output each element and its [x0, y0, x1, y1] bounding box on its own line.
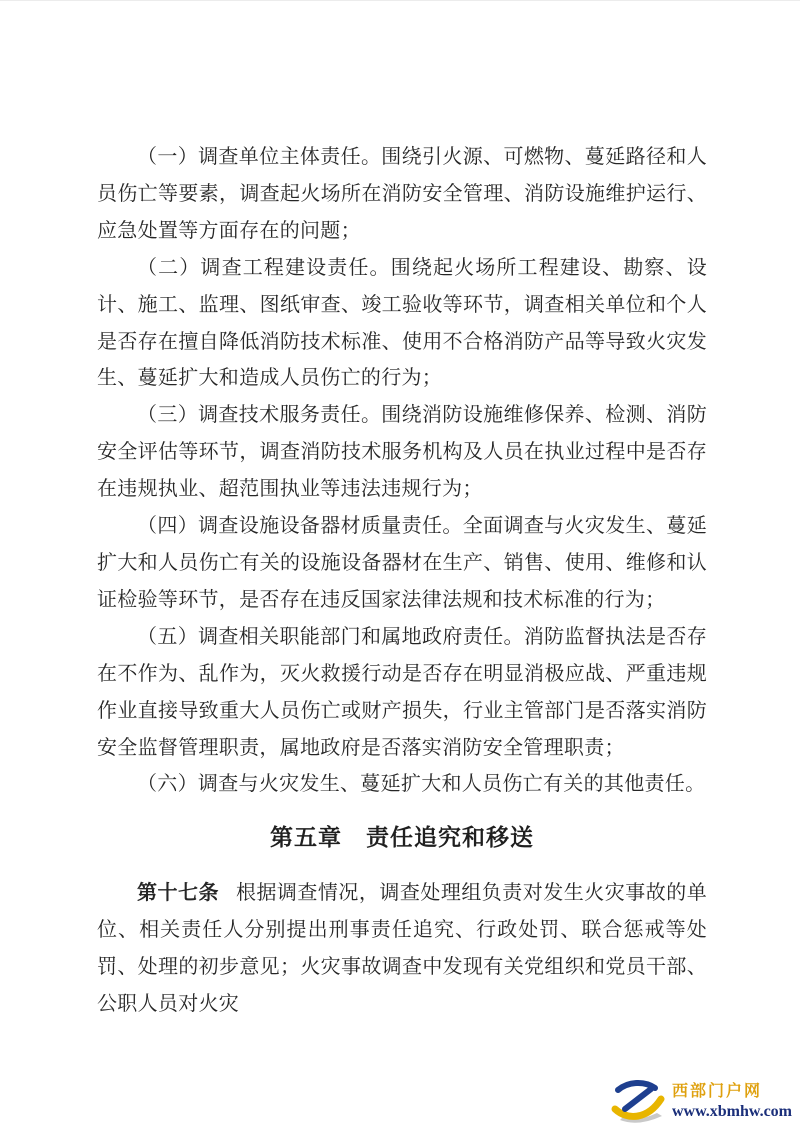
logo-blue-diagonal [625, 1089, 651, 1109]
clause-2: （二）调查工程建设责任。围绕起火场所工程建设、勘察、设计、施工、监理、图纸审查、… [97, 250, 707, 398]
article-number: 第十七条 [137, 882, 219, 904]
site-name: 西部门户网 [672, 1082, 762, 1102]
clause-4: （四）调查设施设备器材质量责任。全面调查与火灾发生、蔓延扩大和人员伤亡有关的设施… [97, 508, 707, 619]
clause-6: （六）调查与火灾发生、蔓延扩大和人员伤亡有关的其他责任。 [97, 766, 707, 803]
site-url: www.xbmhw.com [672, 1102, 792, 1121]
chapter-heading: 第五章 责任追究和移送 [97, 821, 707, 853]
clause-1: （一）调查单位主体责任。围绕引火源、可燃物、蔓延路径和人员伤亡等要素，调查起火场… [97, 139, 707, 250]
site-logo-icon [608, 1076, 668, 1126]
site-watermark-text: 西部门户网 www.xbmhw.com [672, 1082, 792, 1121]
article-17-paragraph: 第十七条根据调查情况，调查处理组负责对发生火灾事故的单位、相关责任人分别提出刑事… [97, 875, 707, 1023]
clause-3: （三）调查技术服务责任。围绕消防设施维修保养、检测、消防安全评估等环节，调查消防… [97, 397, 707, 508]
document-page: （一）调查单位主体责任。围绕引火源、可燃物、蔓延路径和人员伤亡等要素，调查起火场… [0, 0, 800, 1130]
document-body: （一）调查单位主体责任。围绕引火源、可燃物、蔓延路径和人员伤亡等要素，调查起火场… [97, 139, 707, 1023]
clause-5: （五）调查相关职能部门和属地政府责任。消防监督执法是否存在不作为、乱作为，灭火救… [97, 619, 707, 767]
site-watermark: 西部门户网 www.xbmhw.com [608, 1076, 792, 1126]
